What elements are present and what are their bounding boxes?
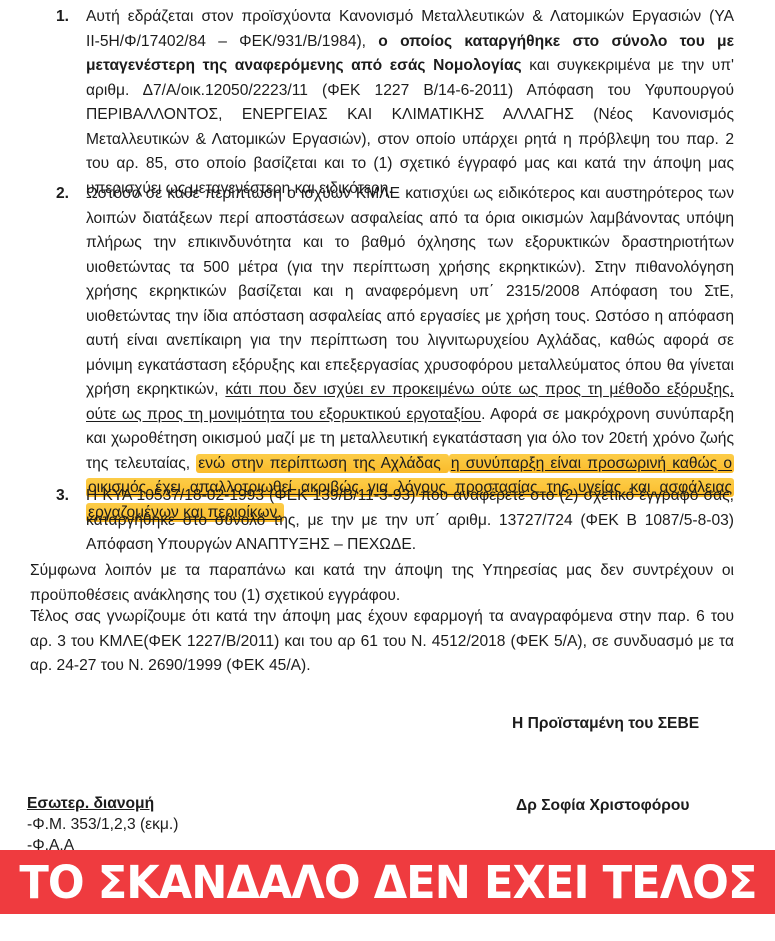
distribution-entry: -Φ.Μ. 353/1,2,3 (εκμ.) [27, 814, 178, 835]
banner-text: ΤΟ ΣΚΑΝΔΑΛΟ ΔΕΝ ΕΧΕΙ ΤΕΛΟΣ [19, 856, 756, 909]
item-number: 2. [56, 182, 69, 207]
signature-title: Η Προϊσταμένη του ΣΕΒΕ [512, 712, 699, 737]
item-text: και συγκεκριμένα με την υπ' αριθμ. Δ7/Α/… [86, 57, 734, 197]
list-item-1: 1. Αυτή εδράζεται στον προϊσχύοντα Κανον… [86, 5, 734, 201]
internal-distribution: Εσωτερ. διανομή -Φ.Μ. 353/1,2,3 (εκμ.) -… [27, 793, 178, 856]
headline-banner: ΤΟ ΣΚΑΝΔΑΛΟ ΔΕΝ ΕΧΕΙ ΤΕΛΟΣ [0, 850, 775, 914]
signature-name: Δρ Σοφία Χριστοφόρου [516, 794, 690, 819]
highlighted-text: ενώ στην περίπτωση της Αχλάδας [196, 454, 449, 473]
item-number: 1. [56, 5, 69, 30]
final-paragraph: Τέλος σας γνωρίζουμε ότι κατά την άποψη … [30, 605, 734, 679]
item-number: 3. [56, 484, 69, 509]
list-item-3: 3. Η ΚΥΑ 10537/18-02-1993 (ΦΕΚ 139/Β/11-… [86, 484, 734, 558]
item-text: Ωστόσο σε κάθε περίπτωση ο ισχύων ΚΜΛΕ κ… [86, 185, 734, 398]
distribution-heading: Εσωτερ. διανομή [27, 793, 178, 814]
conclusion-paragraph: Σύμφωνα λοιπόν με τα παραπάνω και κατά τ… [30, 559, 734, 608]
item-text: Η ΚΥΑ 10537/18-02-1993 (ΦΕΚ 139/Β/11-3-9… [86, 487, 734, 553]
list-item-2: 2. Ωστόσο σε κάθε περίπτωση ο ισχύων ΚΜΛ… [86, 182, 734, 525]
